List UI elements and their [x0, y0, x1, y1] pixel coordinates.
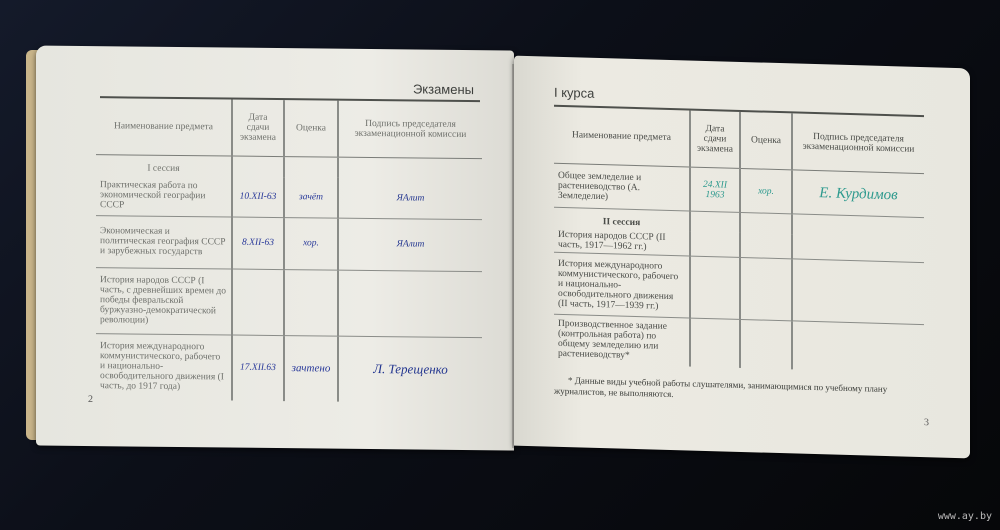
subject: История международного коммунистического… [554, 252, 690, 318]
col-header-date: Дата сдачи экзамена [690, 111, 740, 169]
signature: ЯАлит [338, 218, 482, 272]
table-row: История народов СССР (I часть, с древней… [96, 267, 482, 337]
signature [338, 270, 482, 338]
col-header-grade: Оценка [284, 100, 338, 157]
col-header-signature: Подпись председателя экзаменационной ком… [792, 113, 924, 173]
subject: Общее земледелие и растениеводство (А. З… [554, 163, 690, 211]
subject: История международного коммунистического… [96, 333, 232, 400]
table-row: История международного коммунистического… [554, 252, 924, 324]
table-row: Производственное задание (контрольная ра… [554, 314, 924, 372]
exam-date [232, 269, 284, 336]
col-header-subject: Наименование предмета [554, 107, 690, 167]
left-page: Экзамены Наименование предмета Дата сдач… [36, 45, 514, 450]
grade: зачтено [284, 335, 338, 402]
table-row: Экономическая и политическая география С… [96, 215, 482, 271]
exam-table-right: Наименование предмета Дата сдачи экзамен… [554, 107, 924, 373]
subject: Практическая работа по экономической гео… [96, 175, 232, 216]
subject: История народов СССР (II часть, 1917—196… [554, 228, 690, 256]
exam-table-left: Наименование предмета Дата сдачи экзамен… [96, 98, 482, 403]
table-row: Практическая работа по экономической гео… [96, 175, 482, 219]
col-header-grade: Оценка [740, 112, 792, 170]
table-row: История международного коммунистического… [96, 333, 482, 403]
subject: Экономическая и политическая география С… [96, 215, 232, 268]
watermark: www.ay.by [938, 511, 992, 522]
grade: хор. [284, 217, 338, 270]
subject: История народов СССР (I часть, с древней… [96, 267, 232, 334]
grade [284, 269, 338, 336]
exam-date: 17.XII.63 [232, 335, 284, 402]
subject: Производственное задание (контрольная ра… [554, 314, 690, 366]
footnote: * Данные виды учебной работы слушателями… [554, 375, 924, 407]
exam-date: 10.XII-63 [232, 177, 284, 218]
right-page: I курса Наименование предмета Дата сдачи… [514, 56, 970, 459]
grade: хор. [740, 168, 792, 213]
exam-date: 8.XII-63 [232, 217, 284, 270]
col-header-signature: Подпись председателя экзаменационной ком… [338, 101, 482, 159]
page-header-course: I курса [554, 85, 594, 101]
page-number: 3 [924, 417, 929, 428]
signature: Л. Терещенко [338, 336, 482, 404]
signature: Е. Курдимов [792, 170, 924, 218]
page-header-exams: Экзамены [413, 81, 474, 97]
session-label: I сессия [96, 155, 232, 177]
col-header-subject: Наименование предмета [96, 98, 232, 156]
col-header-date: Дата сдачи экзамена [232, 100, 284, 157]
page-number: 2 [88, 394, 93, 405]
signature: ЯАлит [338, 178, 482, 220]
grade: зачёт [284, 177, 338, 218]
exam-date: 24.XII 1963 [690, 167, 740, 212]
